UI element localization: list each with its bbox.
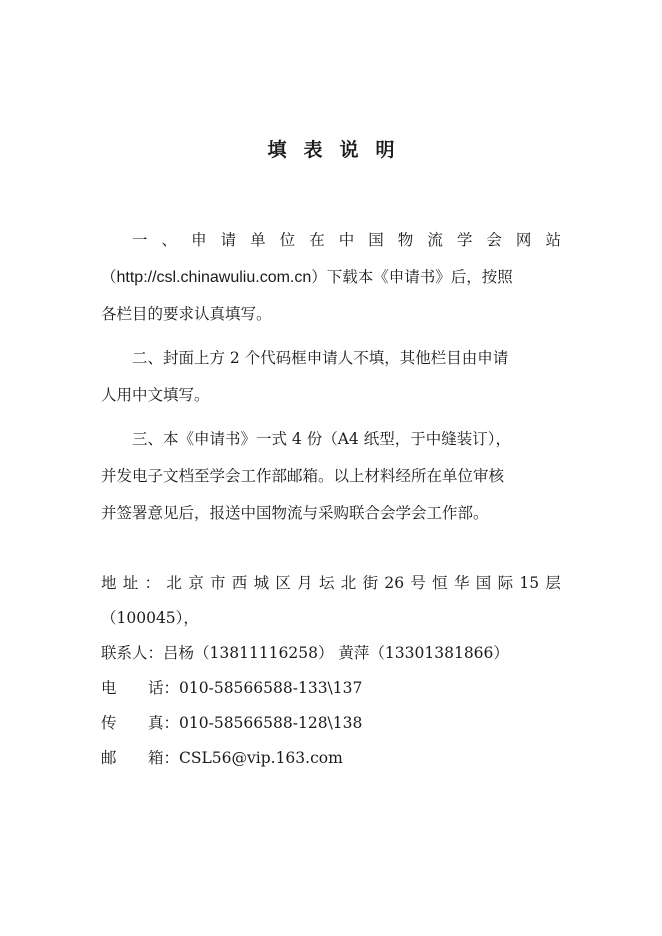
contact-info: 地 址 ： 北 京 市 西 城 区 月 坛 北 街 26 号 恒 华 国 际 1…: [101, 566, 561, 776]
fax-label-char-2: 真：: [148, 706, 179, 741]
contact-persons-label: 联系人：: [101, 644, 163, 662]
email-label-char-1: 邮: [101, 741, 148, 776]
paragraph-1-line-1: 一 、 申 请 单 位 在 中 国 物 流 学 会 网 站: [101, 222, 561, 259]
document-page: 填表说明 一 、 申 请 单 位 在 中 国 物 流 学 会 网 站 （http…: [0, 0, 662, 936]
email-line: 邮箱：CSL56@vip.163.com: [101, 741, 561, 776]
paragraph-1-line-3: 各栏目的要求认真填写。: [101, 296, 561, 333]
website-url: http://csl.chinawuliu.com.cn: [117, 269, 312, 286]
fax-value: 010-58566588-128\138: [179, 714, 362, 732]
paragraph-2-line-1: 二、封面上方 2 个代码框申请人不填，其他栏目由申请: [101, 340, 561, 377]
email-label-char-2: 箱：: [148, 741, 179, 776]
phone-line: 电话：010-58566588-133\137: [101, 671, 561, 706]
email-value: CSL56@vip.163.com: [179, 749, 343, 767]
paragraph-3-line-1: 三、本《申请书》一式 4 份（A4 纸型，于中缝装订），: [101, 421, 561, 458]
paragraph-3-line-2: 并发电子文档至学会工作部邮箱。以上材料经所在单位审核: [101, 458, 561, 495]
fax-label-char-1: 传: [101, 706, 148, 741]
instruction-paragraph-3: 三、本《申请书》一式 4 份（A4 纸型，于中缝装订）， 并发电子文档至学会工作…: [101, 421, 561, 532]
paragraph-2-line-2: 人用中文填写。: [101, 377, 561, 414]
paragraph-3-line-3: 并签署意见后，报送中国物流与采购联合会学会工作部。: [101, 495, 561, 532]
page-title: 填表说明: [0, 137, 662, 163]
contact-persons-value: 吕杨（13811116258） 黄萍（13301381866）: [163, 644, 509, 662]
phone-label-char-2: 话：: [148, 671, 179, 706]
instruction-paragraph-1: 一 、 申 请 单 位 在 中 国 物 流 学 会 网 站 （http://cs…: [101, 222, 561, 333]
instruction-paragraph-2: 二、封面上方 2 个代码框申请人不填，其他栏目由申请 人用中文填写。: [101, 340, 561, 414]
contact-persons-line: 联系人：吕杨（13811116258） 黄萍（13301381866）: [101, 636, 561, 671]
phone-value: 010-58566588-133\137: [179, 679, 362, 697]
fax-line: 传真：010-58566588-128\138: [101, 706, 561, 741]
paragraph-1-line-2: （http://csl.chinawuliu.com.cn）下载本《申请书》后，…: [101, 259, 561, 296]
postcode-line: （100045），: [101, 601, 561, 636]
phone-label-char-1: 电: [101, 671, 148, 706]
address-line: 地 址 ： 北 京 市 西 城 区 月 坛 北 街 26 号 恒 华 国 际 1…: [101, 566, 561, 601]
